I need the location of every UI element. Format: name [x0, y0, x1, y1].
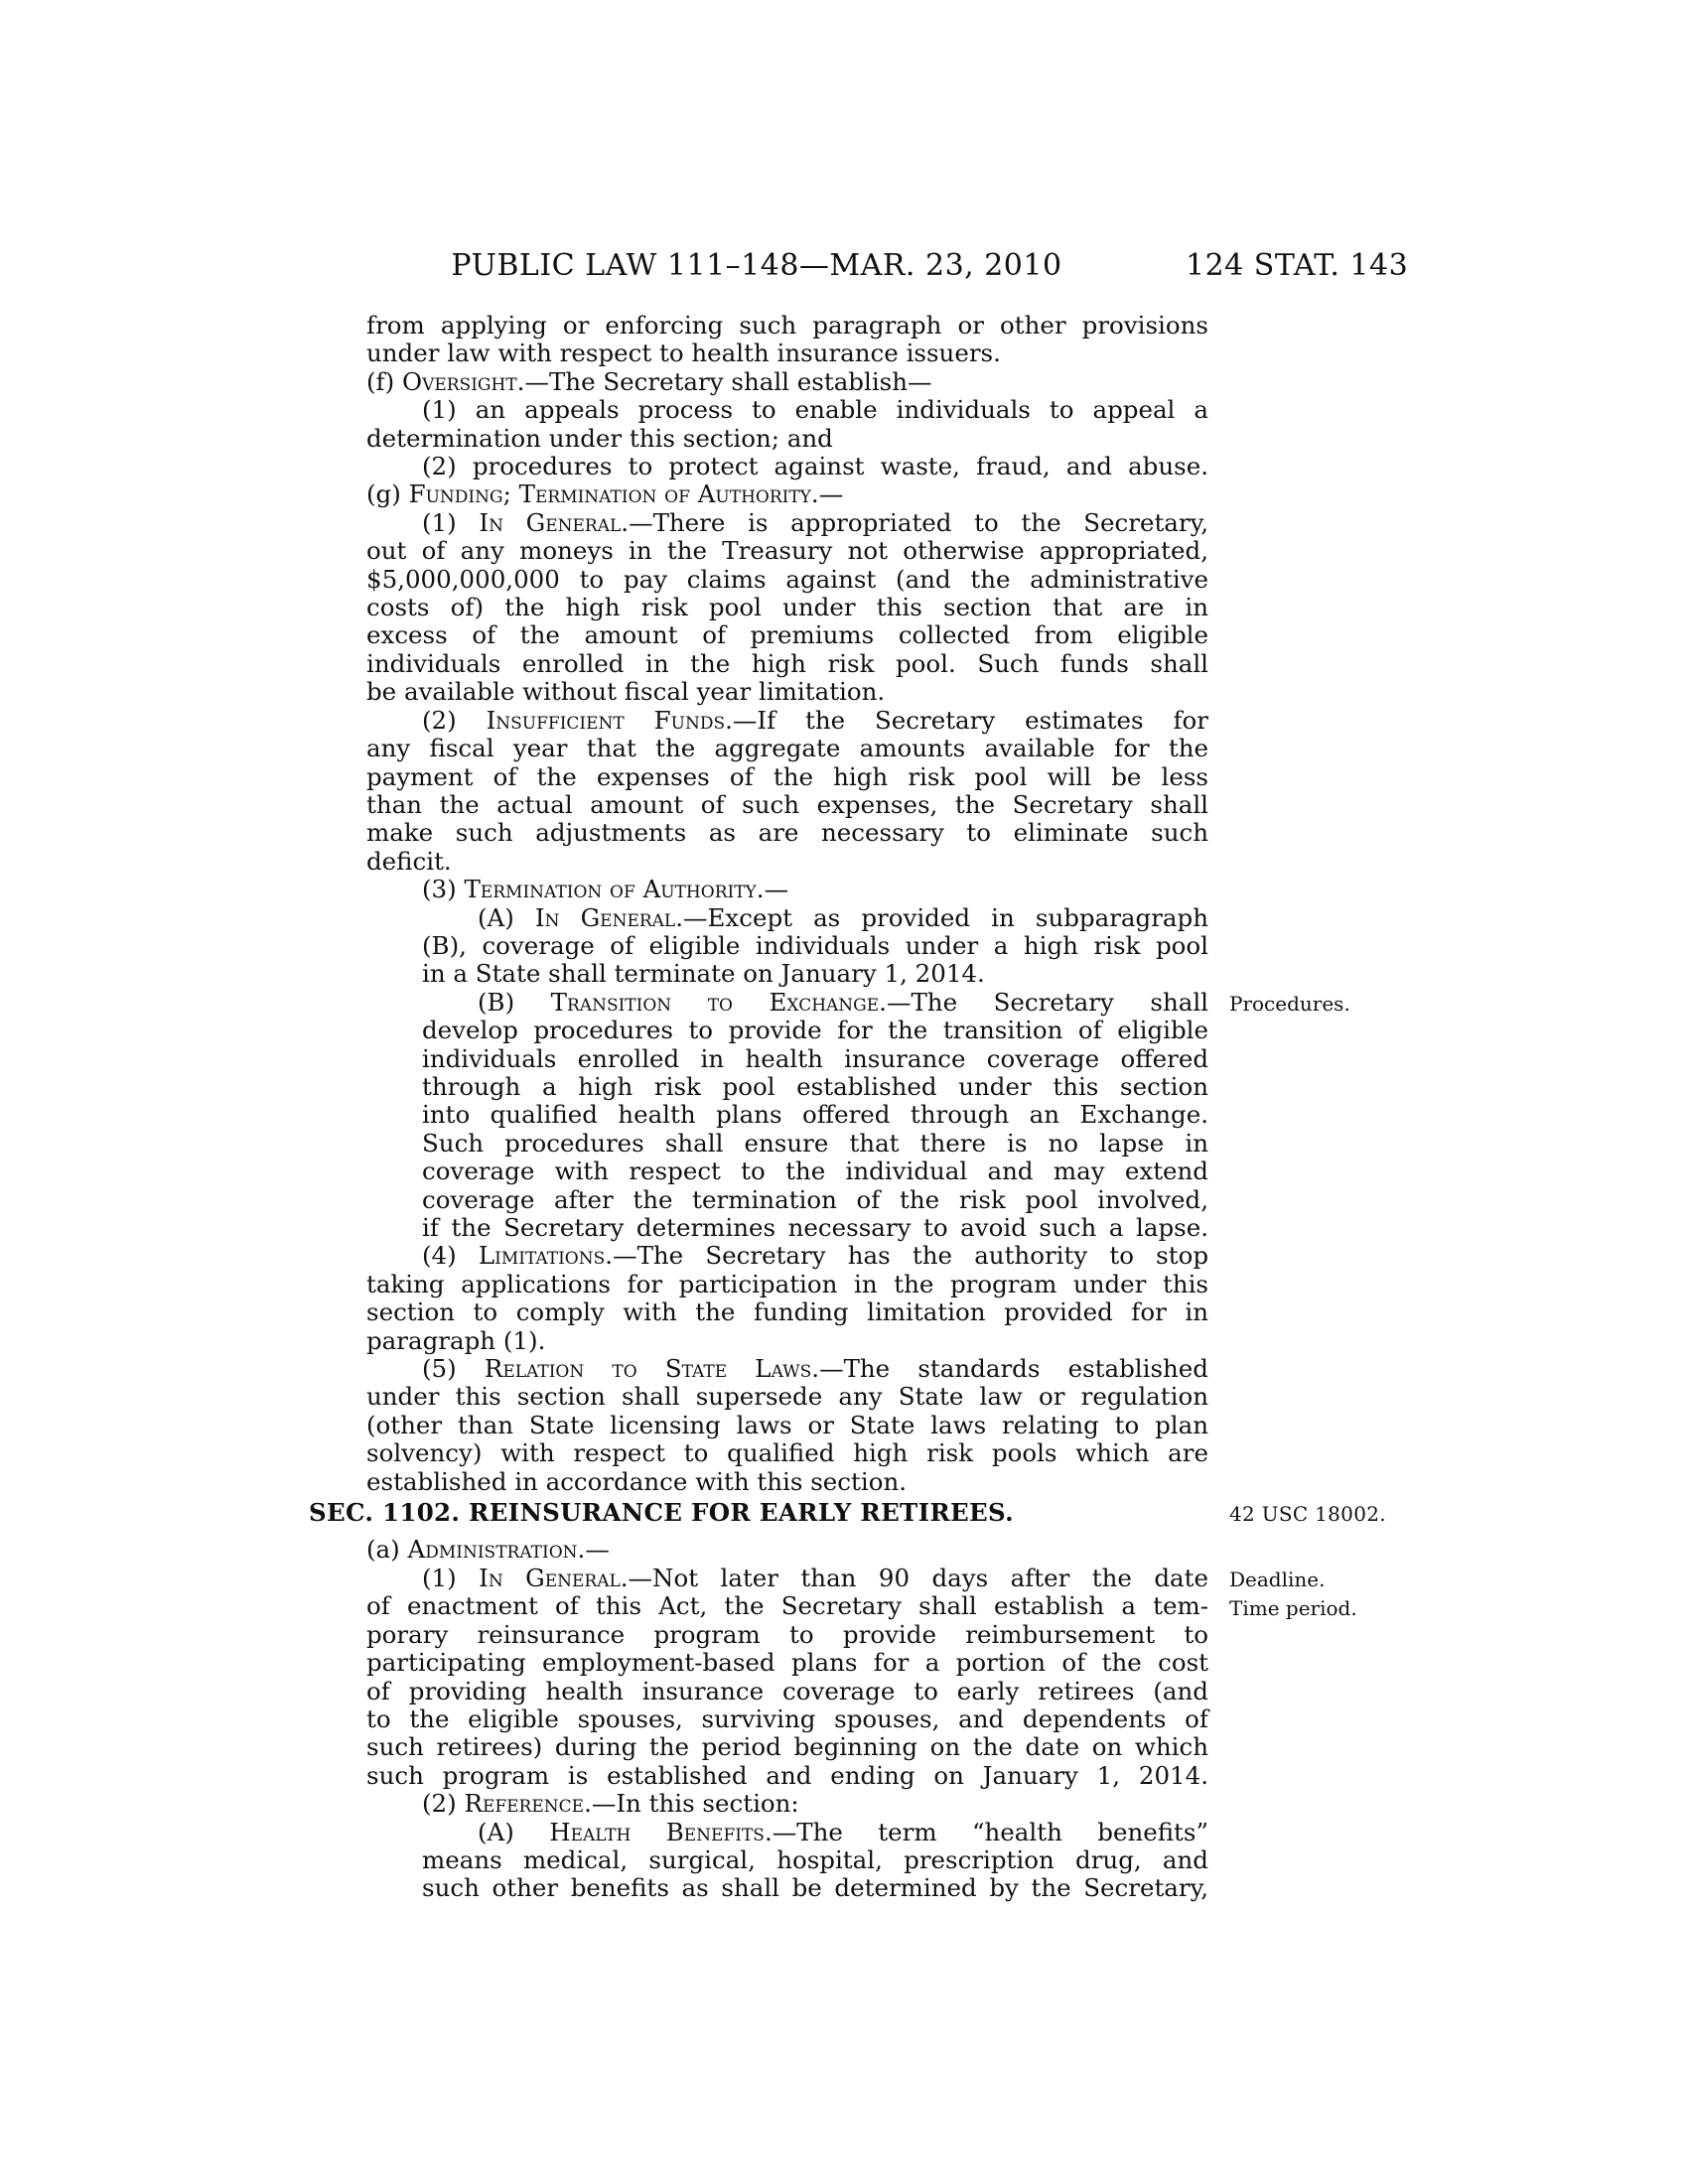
- text-segment: —The term “health benefits”: [773, 1818, 1208, 1846]
- text-segment: participating employment-based plans for…: [366, 1648, 1208, 1677]
- text-line: (A) Health Benefits.—The term “health be…: [366, 1819, 1208, 1846]
- small-caps-text: Health Benefits.: [549, 1818, 773, 1846]
- text-segment: (other than State licensing laws or Stat…: [366, 1411, 1208, 1439]
- text-segment: (a): [366, 1535, 408, 1564]
- text-segment: if the Secretary determines necessary to…: [422, 1213, 1208, 1242]
- text-line: determination under this section; and: [366, 425, 1208, 453]
- small-caps-text: Administration.: [408, 1535, 586, 1564]
- text-line: taking applications for participation in…: [366, 1271, 1208, 1298]
- text-line: such program is established and ending o…: [366, 1762, 1208, 1790]
- text-segment: SEC. 1102. REINSURANCE FOR EARLY RETIREE…: [309, 1498, 1014, 1527]
- text-line: than the actual amount of such expenses,…: [366, 791, 1208, 819]
- text-segment: established in accordance with this sect…: [366, 1467, 907, 1496]
- text-segment: make such adjustments as are necessary t…: [366, 818, 1208, 847]
- page-header: PUBLIC LAW 111–148—MAR. 23, 2010 124 STA…: [366, 250, 1208, 282]
- text-segment: such program is established and ending o…: [366, 1761, 1208, 1790]
- text-segment: (B), coverage of eligible individuals un…: [422, 931, 1208, 960]
- margin-note: Deadline.Time period.: [1229, 1566, 1468, 1623]
- text-line: deficit.: [366, 848, 1208, 876]
- text-segment: (3): [422, 875, 465, 903]
- text-segment: —Except as provided in subparagraph: [683, 903, 1208, 932]
- text-line: Such procedures shall ensure that there …: [366, 1130, 1208, 1158]
- text-line: coverage with respect to the individual …: [366, 1158, 1208, 1185]
- text-segment: porary reinsurance program to provide re…: [366, 1620, 1208, 1649]
- statute-page: PUBLIC LAW 111–148—MAR. 23, 2010 124 STA…: [0, 0, 1688, 2184]
- text-segment: in a State shall terminate on January 1,…: [422, 959, 985, 988]
- text-line: established in accordance with this sect…: [366, 1468, 1208, 1496]
- text-segment: costs of) the high risk pool under this …: [366, 593, 1208, 621]
- text-segment: (2): [422, 1789, 465, 1818]
- text-line: coverage after the termination of the ri…: [366, 1186, 1208, 1214]
- text-line: (3) Termination of Authority.—: [366, 876, 1208, 903]
- margin-note-line: Deadline.: [1229, 1566, 1468, 1594]
- small-caps-text: Limitations.: [479, 1241, 613, 1270]
- text-line: (2) Reference.—In this section:: [366, 1790, 1208, 1818]
- text-segment: (A): [478, 1818, 549, 1846]
- text-segment: (f): [366, 367, 402, 396]
- small-caps-text: Transition to Exchange.: [551, 988, 887, 1017]
- text-segment: individuals enrolled in the high risk po…: [366, 649, 1208, 678]
- text-segment: —The Secretary shall establish—: [524, 367, 931, 396]
- text-segment: (A): [478, 903, 535, 932]
- small-caps-text: Reference.: [465, 1789, 592, 1818]
- text-line: (1) In General.—Not later than 90 days a…: [366, 1565, 1208, 1592]
- text-segment: —The Secretary has the authority to stop: [613, 1241, 1208, 1270]
- text-segment: $5,000,000,000 to pay claims against (an…: [366, 565, 1208, 594]
- text-line: to the eligible spouses, surviving spous…: [366, 1706, 1208, 1733]
- text-line: (1) an appeals process to enable individ…: [366, 396, 1208, 424]
- margin-note-line: Time period.: [1229, 1594, 1468, 1623]
- text-line: in a State shall terminate on January 1,…: [366, 960, 1208, 988]
- text-line: under law with respect to health insuran…: [366, 340, 1208, 367]
- text-segment: develop procedures to provide for the tr…: [422, 1016, 1208, 1044]
- text-segment: —: [585, 1535, 610, 1564]
- text-segment: coverage after the termination of the ri…: [422, 1185, 1208, 1214]
- text-line: excess of the amount of premiums collect…: [366, 621, 1208, 649]
- text-segment: (1): [422, 1564, 479, 1592]
- text-line: such other benefits as shall be determin…: [366, 1874, 1208, 1902]
- section-heading: SEC. 1102. REINSURANCE FOR EARLY RETIREE…: [309, 1499, 1208, 1527]
- text-segment: through a high risk pool established und…: [422, 1072, 1208, 1101]
- text-line: into qualified health plans offered thro…: [366, 1101, 1208, 1129]
- text-segment: of enactment of this Act, the Secretary …: [366, 1591, 1208, 1620]
- small-caps-text: Oversight.: [402, 367, 524, 396]
- text-segment: out of any moneys in the Treasury not ot…: [366, 536, 1208, 565]
- margin-note-line: 42 USC 18002.: [1229, 1500, 1468, 1529]
- text-segment: —The Secretary shall: [887, 988, 1208, 1017]
- text-line: through a high risk pool established und…: [366, 1073, 1208, 1101]
- text-line: participating employment-based plans for…: [366, 1649, 1208, 1677]
- text-segment: under this section shall supersede any S…: [366, 1382, 1208, 1411]
- text-line: $5,000,000,000 to pay claims against (an…: [366, 566, 1208, 594]
- text-segment: —: [819, 479, 844, 508]
- text-line: (2) Insufficient Funds.—If the Secretary…: [366, 707, 1208, 735]
- text-line: (B), coverage of eligible individuals un…: [366, 932, 1208, 960]
- text-segment: coverage with respect to the individual …: [422, 1157, 1208, 1185]
- text-line: individuals enrolled in the high risk po…: [366, 650, 1208, 678]
- text-segment: under law with respect to health insuran…: [366, 339, 1001, 367]
- text-line: under this section shall supersede any S…: [366, 1383, 1208, 1411]
- text-segment: to the eligible spouses, surviving spous…: [366, 1705, 1208, 1733]
- text-segment: paragraph (1).: [366, 1326, 545, 1355]
- text-segment: excess of the amount of premiums collect…: [366, 620, 1208, 649]
- text-segment: than the actual amount of such expenses,…: [366, 790, 1208, 819]
- running-head-stat-page: 124 STAT. 143: [1186, 250, 1408, 282]
- text-line: of providing health insurance coverage t…: [366, 1678, 1208, 1706]
- text-line: out of any moneys in the Treasury not ot…: [366, 537, 1208, 565]
- small-caps-text: Funding; Termination of Authority.: [409, 479, 819, 508]
- text-segment: Such procedures shall ensure that there …: [422, 1129, 1208, 1158]
- text-line: be available without fiscal year limitat…: [366, 678, 1208, 706]
- text-segment: solvency) with respect to qualified high…: [366, 1438, 1208, 1467]
- text-line: if the Secretary determines necessary to…: [366, 1214, 1208, 1242]
- text-segment: taking applications for participation in…: [366, 1270, 1208, 1298]
- text-segment: —If the Secretary estimates for: [733, 706, 1208, 735]
- text-segment: means medical, surgical, hospital, presc…: [422, 1845, 1208, 1874]
- text-line: individuals enrolled in health insurance…: [366, 1045, 1208, 1073]
- margin-note: Procedures.: [1229, 990, 1468, 1019]
- small-caps-text: Relation to State Laws.: [485, 1354, 819, 1383]
- text-segment: determination under this section; and: [366, 424, 833, 453]
- text-line: (A) In General.—Except as provided in su…: [366, 904, 1208, 932]
- text-line: costs of) the high risk pool under this …: [366, 594, 1208, 621]
- text-line: (4) Limitations.—The Secretary has the a…: [366, 1242, 1208, 1270]
- text-segment: of providing health insurance coverage t…: [366, 1677, 1208, 1706]
- text-line: (2) procedures to protect against waste,…: [366, 453, 1208, 480]
- text-segment: into qualified health plans offered thro…: [422, 1100, 1208, 1129]
- text-line: (1) In General.—There is appropriated to…: [366, 509, 1208, 537]
- text-line: (g) Funding; Termination of Authority.—: [366, 480, 1208, 508]
- text-segment: (B): [478, 988, 551, 1017]
- text-segment: (1): [422, 508, 479, 537]
- text-line: of enactment of this Act, the Secretary …: [366, 1592, 1208, 1620]
- text-line: means medical, surgical, hospital, presc…: [366, 1846, 1208, 1874]
- small-caps-text: In General.: [535, 903, 683, 932]
- text-segment: (g): [366, 479, 409, 508]
- text-line: develop procedures to provide for the tr…: [366, 1017, 1208, 1044]
- text-line: any fiscal year that the aggregate amoun…: [366, 735, 1208, 762]
- text-segment: (2) procedures to protect against waste,…: [422, 452, 1208, 480]
- text-line: (B) Transition to Exchange.—The Secretar…: [366, 989, 1208, 1017]
- text-segment: deficit.: [366, 847, 452, 876]
- text-line: (5) Relation to State Laws.—The standard…: [366, 1355, 1208, 1383]
- running-head-law-title: PUBLIC LAW 111–148—MAR. 23, 2010: [336, 250, 1178, 282]
- text-line: make such adjustments as are necessary t…: [366, 819, 1208, 847]
- text-line: payment of the expenses of the high risk…: [366, 763, 1208, 791]
- small-caps-text: In General.: [479, 1564, 628, 1592]
- text-line: from applying or enforcing such paragrap…: [366, 312, 1208, 340]
- document-body: from applying or enforcing such paragrap…: [366, 312, 1208, 1903]
- text-segment: such retirees) during the period beginni…: [366, 1732, 1208, 1761]
- text-segment: be available without fiscal year limitat…: [366, 677, 885, 706]
- text-line: solvency) with respect to qualified high…: [366, 1439, 1208, 1467]
- text-segment: —Not later than 90 days after the date: [629, 1564, 1208, 1592]
- text-segment: any fiscal year that the aggregate amoun…: [366, 734, 1208, 762]
- text-segment: (1) an appeals process to enable individ…: [422, 395, 1208, 424]
- text-segment: payment of the expenses of the high risk…: [366, 762, 1208, 791]
- text-segment: (5): [422, 1354, 485, 1383]
- text-segment: —There is appropriated to the Secretary,: [629, 508, 1208, 537]
- text-line: section to comply with the funding limit…: [366, 1298, 1208, 1326]
- small-caps-text: In General.: [479, 508, 629, 537]
- margin-note-line: Procedures.: [1229, 990, 1468, 1019]
- text-segment: section to comply with the funding limit…: [366, 1297, 1208, 1326]
- text-line: paragraph (1).: [366, 1327, 1208, 1355]
- small-caps-text: Termination of Authority.: [465, 875, 765, 903]
- text-line: such retirees) during the period beginni…: [366, 1733, 1208, 1761]
- text-line: porary reinsurance program to provide re…: [366, 1621, 1208, 1649]
- margin-note: 42 USC 18002.: [1229, 1500, 1468, 1529]
- small-caps-text: Insufficient Funds.: [487, 706, 733, 735]
- text-line: (a) Administration.—: [366, 1536, 1208, 1564]
- text-segment: (4): [422, 1241, 479, 1270]
- text-segment: —: [765, 875, 789, 903]
- text-line: (f) Oversight.—The Secretary shall estab…: [366, 368, 1208, 396]
- text-segment: such other benefits as shall be determin…: [422, 1873, 1208, 1902]
- text-segment: —In this section:: [592, 1789, 799, 1818]
- text-segment: (2): [422, 706, 487, 735]
- text-segment: —The standards established: [819, 1354, 1208, 1383]
- text-segment: individuals enrolled in health insurance…: [422, 1044, 1208, 1073]
- text-segment: from applying or enforcing such paragrap…: [366, 311, 1208, 340]
- text-line: (other than State licensing laws or Stat…: [366, 1412, 1208, 1439]
